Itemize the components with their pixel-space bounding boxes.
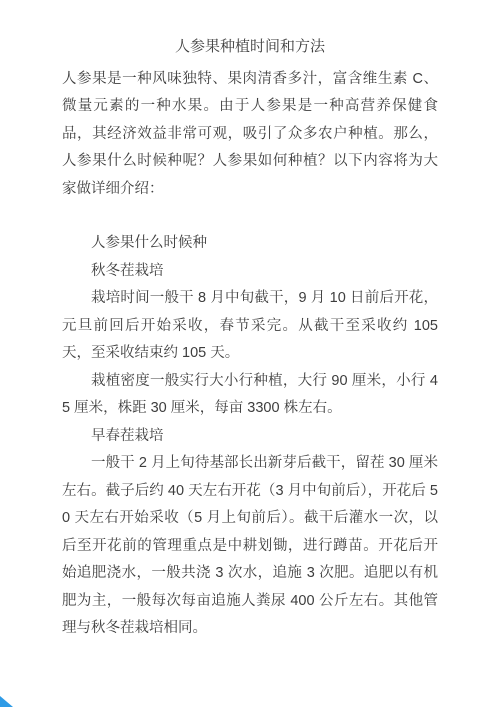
heading-autumn-winter-crop: 秋冬茬栽培 — [62, 258, 438, 286]
paragraph-planting-density: 栽植密度一般实行大小行种植，大行 90 厘米，小行 45 厘米，株距 30 厘米… — [62, 368, 438, 423]
heading-when-to-plant: 人参果什么时候种 — [62, 230, 438, 258]
page-corner-triangle-icon — [0, 696, 13, 707]
heading-early-spring-crop: 早春茬栽培 — [62, 423, 438, 451]
intro-paragraph: 人参果是一种风味独特、果肉清香多汁，富含维生素 C、微量元素的一种水果。由于人参… — [62, 66, 438, 204]
document-page: 人参果种植时间和方法 人参果是一种风味独特、果肉清香多汁，富含维生素 C、微量元… — [0, 0, 500, 707]
paragraph-autumn-timing: 栽培时间一般干 8 月中旬截干，9 月 10 日前后开花，元旦前回后开始采收，春… — [62, 285, 438, 368]
page-title: 人参果种植时间和方法 — [62, 33, 438, 61]
paragraph-spring-management: 一般干 2 月上旬待基部长出新芽后截干，留茬 30 厘米左右。截子后约 40 天… — [62, 450, 438, 643]
blank-line — [62, 203, 438, 230]
